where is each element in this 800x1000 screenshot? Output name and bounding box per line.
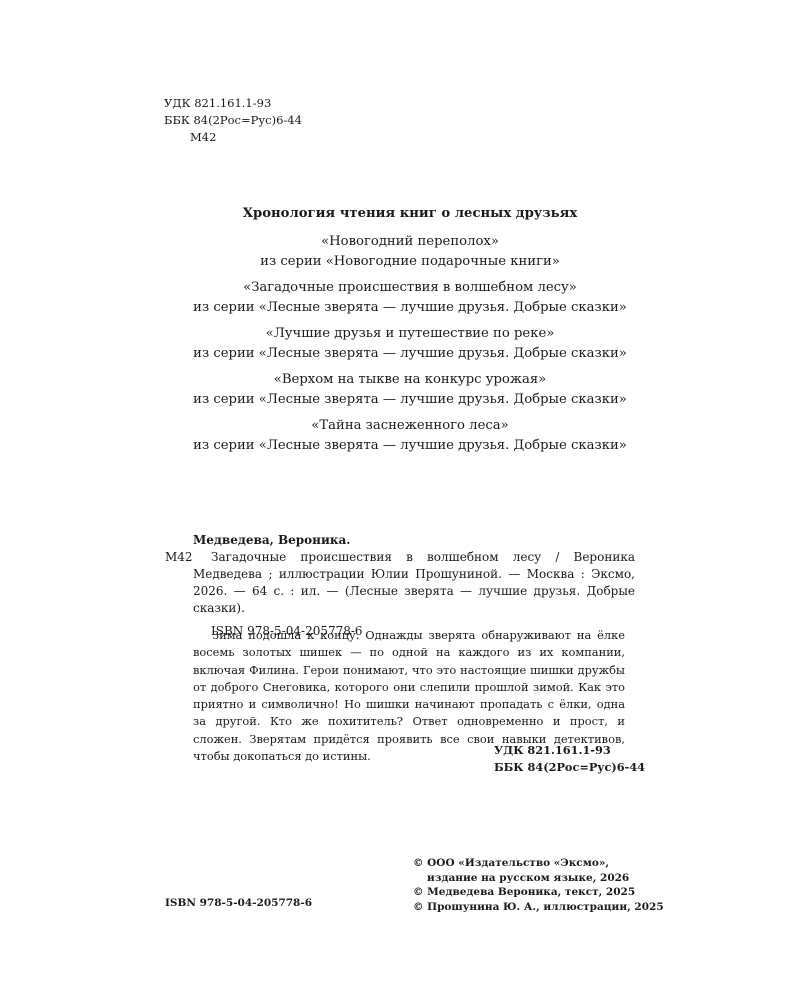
copyright-line: © Прошунина Ю. А., иллюстрации, 2025 <box>413 900 664 915</box>
bottom-classification-block: УДК 821.161.1-93 ББК 84(2Рос=Рус)6-44 <box>494 742 645 776</box>
record-description: Загадочные происшествия в волшебном лесу… <box>193 549 635 617</box>
book-title: «Верхом на тыкве на конкурс урожая» <box>150 370 670 390</box>
chronology-item: «Тайна заснеженного леса» из серии «Лесн… <box>150 416 670 455</box>
author-heading: Медведева, Вероника. <box>165 532 635 549</box>
chronology-item: «Лучшие друзья и путешествие по реке» из… <box>150 324 670 363</box>
book-title: «Тайна заснеженного леса» <box>150 416 670 436</box>
bibliographic-record: Медведева, Вероника. М42 Загадочные прои… <box>165 532 635 640</box>
chronology-item: «Верхом на тыкве на конкурс урожая» из с… <box>150 370 670 409</box>
udk-code: УДК 821.161.1-93 <box>494 742 645 759</box>
book-title: «Лучшие друзья и путешествие по реке» <box>150 324 670 344</box>
series-name: из серии «Лесные зверята — лучшие друзья… <box>150 390 670 410</box>
author-mark: М42 <box>164 129 302 146</box>
series-name: из серии «Лесные зверята — лучшие друзья… <box>150 298 670 318</box>
footer-isbn: ISBN 978-5-04-205778-6 <box>165 896 312 910</box>
bbk-code: ББК 84(2Рос=Рус)6-44 <box>494 759 645 776</box>
chronology-item: «Загадочные происшествия в волшебном лес… <box>150 278 670 317</box>
book-title: «Новогодний переполох» <box>150 232 670 252</box>
series-name: из серии «Новогодние подарочные книги» <box>150 252 670 272</box>
chronology-item: «Новогодний переполох» из серии «Новогод… <box>150 232 670 271</box>
series-name: из серии «Лесные зверята — лучшие друзья… <box>150 436 670 456</box>
series-name: из серии «Лесные зверята — лучшие друзья… <box>150 344 670 364</box>
copyright-line: издание на русском языке, 2026 <box>413 871 664 886</box>
copyright-block: © ООО «Издательство «Эксмо», издание на … <box>413 856 664 915</box>
copyright-line: © ООО «Издательство «Эксмо», <box>413 856 664 871</box>
record-author-mark: М42 <box>165 549 193 566</box>
top-classification-block: УДК 821.161.1-93 ББК 84(2Рос=Рус)6-44 М4… <box>164 95 302 146</box>
book-title: «Загадочные происшествия в волшебном лес… <box>150 278 670 298</box>
chronology-title: Хронология чтения книг о лесных друзьях <box>150 205 670 223</box>
copyright-line: © Медведева Вероника, текст, 2025 <box>413 885 664 900</box>
udk-code: УДК 821.161.1-93 <box>164 95 302 112</box>
record-body: М42 Загадочные происшествия в волшебном … <box>165 549 635 617</box>
bbk-code: ББК 84(2Рос=Рус)6-44 <box>164 112 302 129</box>
reading-chronology: Хронология чтения книг о лесных друзьях … <box>150 205 670 462</box>
